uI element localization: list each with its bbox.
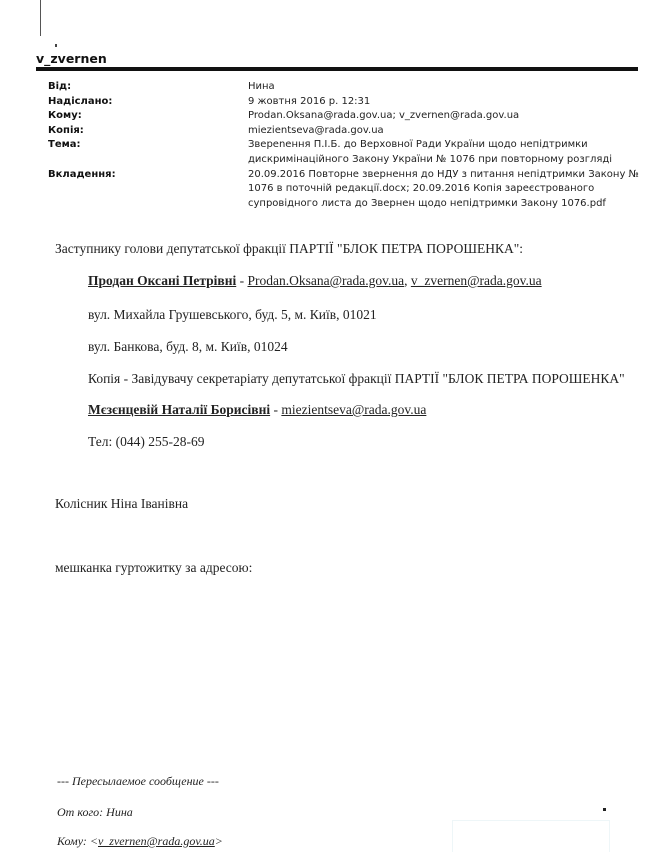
recipient-1-name: Продан Оксані Петрівні bbox=[88, 273, 236, 288]
header-value-attachments: 20.09.2016 Повторне звернення до НДУ з п… bbox=[248, 168, 648, 212]
recipient-1-line: Продан Оксані Петрівні - Prodan.Oksana@r… bbox=[88, 273, 542, 289]
header-value-sent: 9 жовтня 2016 р. 12:31 bbox=[248, 95, 648, 110]
header-label: Тема: bbox=[48, 138, 81, 153]
header-label: Надіслано: bbox=[48, 95, 112, 110]
address-2: вул. Банкова, буд. 8, м. Київ, 01024 bbox=[88, 339, 288, 355]
header-row-sent: Надіслано: 9 жовтня 2016 р. 12:31 bbox=[0, 95, 668, 110]
copy-line: Копія - Завідувачу секретаріату депутатс… bbox=[88, 371, 625, 387]
separator: - bbox=[270, 402, 281, 417]
forwarded-to-email-link[interactable]: v_zvernen@rada.gov.ua bbox=[98, 834, 215, 848]
comma: , bbox=[404, 273, 411, 288]
header-value-from: Нина bbox=[248, 80, 648, 95]
header-label: Копія: bbox=[48, 124, 84, 139]
header-row-attachments: Вкладення: 20.09.2016 Повторне звернення… bbox=[0, 168, 668, 212]
header-row-from: Від: Нина bbox=[0, 80, 668, 95]
recipient-2-name: Мєзєнцевій Наталії Борисівні bbox=[88, 402, 270, 417]
header-label: Кому: bbox=[48, 109, 82, 124]
recipient-1-email-link[interactable]: Prodan.Oksana@rada.gov.ua bbox=[247, 273, 404, 288]
header-rule bbox=[36, 67, 638, 71]
scan-artifact bbox=[452, 820, 610, 852]
forwarded-to: Кому: <v_zvernen@rada.gov.ua> bbox=[57, 834, 223, 849]
phone: Тел: (044) 255-28-69 bbox=[88, 434, 204, 450]
forwarded-separator: --- Пересылаемое сообщение --- bbox=[57, 774, 219, 789]
sender-residence: мешканка гуртожитку за адресою: bbox=[55, 560, 252, 576]
header-value-subject: Звереneння П.І.Б. до Верховної Ради Укра… bbox=[248, 138, 648, 167]
header-value-cc: miezientseva@rada.gov.ua bbox=[248, 124, 648, 139]
mailbox-name: v_zvernen bbox=[36, 51, 107, 66]
scan-margin-mark bbox=[40, 0, 41, 36]
email-header: Від: Нина Надіслано: 9 жовтня 2016 р. 12… bbox=[0, 80, 668, 211]
address-1: вул. Михайла Грушевського, буд. 5, м. Ки… bbox=[88, 307, 377, 323]
header-value-to: Prodan.Oksana@rada.gov.ua; v_zvernen@rad… bbox=[248, 109, 648, 124]
scan-speck bbox=[55, 44, 57, 47]
sender-name: Колісник Ніна Іванівна bbox=[55, 496, 188, 512]
recipient-2-email-link[interactable]: miezientseva@rada.gov.ua bbox=[281, 402, 426, 417]
header-row-subject: Тема: Звереneння П.І.Б. до Верховної Рад… bbox=[0, 138, 668, 167]
header-row-to: Кому: Prodan.Oksana@rada.gov.ua; v_zvern… bbox=[0, 109, 668, 124]
separator: - bbox=[236, 273, 247, 288]
header-label: Вкладення: bbox=[48, 168, 116, 183]
addressee-title: Заступнику голови депутатської фракції П… bbox=[55, 241, 523, 257]
header-label: Від: bbox=[48, 80, 71, 95]
recipient-1-email2-link[interactable]: v_zvernen@rada.gov.ua bbox=[411, 273, 542, 288]
scan-speck bbox=[603, 808, 606, 811]
header-row-cc: Копія: miezientseva@rada.gov.ua bbox=[0, 124, 668, 139]
forwarded-to-suffix: > bbox=[215, 834, 223, 848]
recipient-2-line: Мєзєнцевій Наталії Борисівні - miezients… bbox=[88, 402, 426, 418]
forwarded-to-prefix: Кому: < bbox=[57, 834, 98, 848]
forwarded-from: От кого: Нина bbox=[57, 805, 133, 820]
